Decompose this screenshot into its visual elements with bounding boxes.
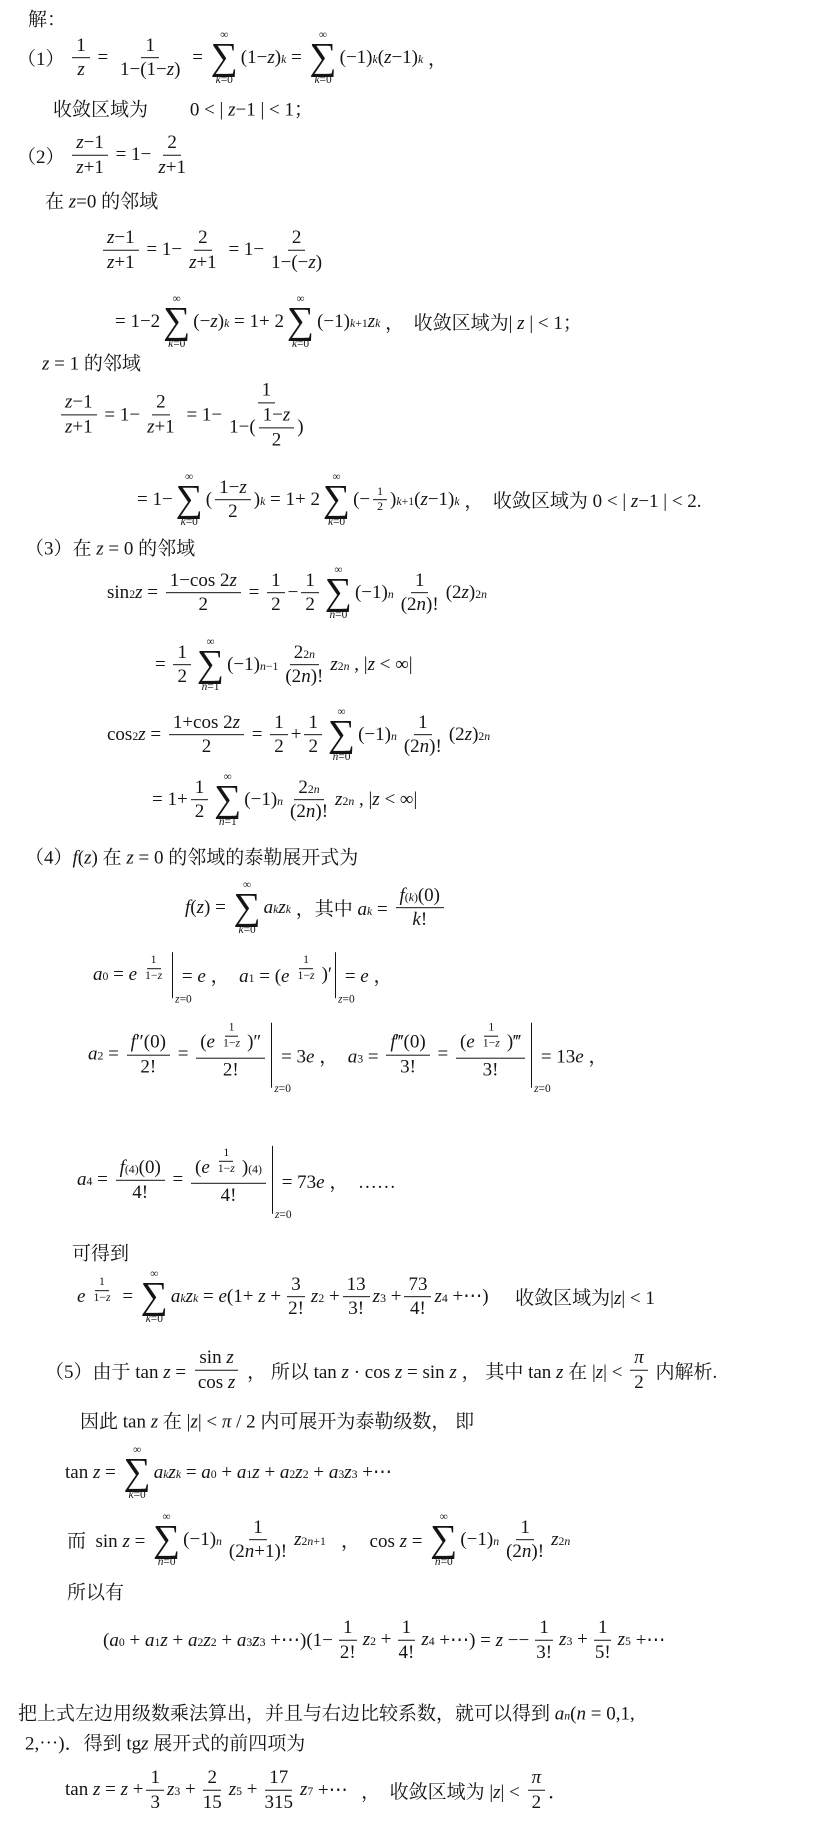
part2-z0-series: = 1−2∞∑k=0(−z)k = 1+ 2∞∑k=0(−1)k+1zk ， 收… xyxy=(115,292,582,352)
math-text: 1−(1−z) xyxy=(120,59,181,83)
math-text: 因此 tan z 在 |z| < π / 2 内可展开为泰勒级数， 即 xyxy=(80,1407,474,1434)
fraction: 1+cos 2z2 xyxy=(169,711,244,760)
math-text: = xyxy=(155,654,170,676)
math-text: 1 xyxy=(418,711,428,735)
math-text: +⋯ xyxy=(313,1779,347,1802)
superscript-exponent: 11−z xyxy=(211,1146,242,1176)
fraction: 2z+1 xyxy=(185,226,221,275)
math-text: 2 xyxy=(634,1371,644,1395)
math-text: tan z = xyxy=(65,1462,121,1484)
math-text: 4! xyxy=(398,1641,414,1665)
math-text: 2 xyxy=(177,666,187,690)
fraction: 12 xyxy=(304,711,322,760)
math-text: f″(0) xyxy=(131,1031,166,1055)
math-text: (−1)k(z−1)k xyxy=(340,47,424,69)
math-text: sin z xyxy=(199,1346,233,1370)
summation-sigma: ∞∑k=0 xyxy=(211,28,238,88)
part3-cos2-step1: cos2 z = 1+cos 2z2 = 12+12∞∑n=0(−1)n1(2n… xyxy=(107,705,490,765)
math-text: z+1 xyxy=(189,251,217,275)
math-text: = 1− xyxy=(100,404,140,426)
part5-therefore-label: 所以有 xyxy=(67,1578,124,1605)
math-text: 3! xyxy=(348,1298,364,1322)
math-text: 1 xyxy=(520,1516,530,1540)
math-text: (e xyxy=(200,1031,215,1055)
math-text: 1 xyxy=(195,776,205,800)
math-text: 2! xyxy=(140,1056,156,1080)
math-text: + xyxy=(291,724,302,746)
math-text: z3 xyxy=(167,1779,180,1801)
math-text: (a0 + a1z + a2z2 + a3z3 +⋯)(1− xyxy=(103,1629,333,1652)
math-text: (e xyxy=(195,1156,210,1180)
math-text: 2 xyxy=(207,1766,217,1790)
math-text: tan z = z + xyxy=(65,1779,143,1801)
math-text: 1−(−z) xyxy=(271,251,322,275)
math-text: (2n)! xyxy=(506,1541,544,1565)
math-text: = 1+ 2 xyxy=(229,311,284,333)
math-text: + xyxy=(242,1779,257,1801)
math-text: +⋯) xyxy=(448,1286,489,1309)
math-text: 1−z xyxy=(93,1291,110,1306)
part2-z0-step: z−1z+1 = 1−2z+1 = 1−21−(−z) xyxy=(100,226,329,275)
math-text: = xyxy=(173,1044,193,1066)
math-text: 所以有 xyxy=(67,1578,124,1605)
fraction: (e11−z)″2! xyxy=(196,1027,265,1082)
math-text: z7 xyxy=(300,1779,313,1801)
math-text: 1 xyxy=(223,1146,229,1161)
math-text: (z−1)k xyxy=(414,489,460,511)
math-text: z2n xyxy=(335,789,354,811)
math-text: ( xyxy=(206,489,212,511)
fraction: 11−z xyxy=(293,953,318,983)
fraction: 11−z xyxy=(89,1275,114,1305)
part2-neighborhood-z0: 在 z=0 的邻域 xyxy=(45,187,158,214)
math-text: cos2 z = xyxy=(107,724,166,746)
math-text: akzk xyxy=(264,897,291,919)
math-text: = xyxy=(244,582,264,604)
math-text: 2 xyxy=(228,501,238,525)
math-text: 2 xyxy=(195,801,205,825)
math-text: akzk xyxy=(154,1462,181,1484)
evaluation-bar: z=0 xyxy=(531,1023,532,1088)
summation-sigma: ∞∑k=0 xyxy=(310,28,337,88)
fraction: 11−z xyxy=(219,1021,244,1051)
math-text: z−1 xyxy=(107,226,135,250)
fraction: 11−z xyxy=(479,1021,504,1051)
fraction: 12 xyxy=(301,569,319,618)
part1-expansion: （1） 1z = 11−(1−z) = ∞∑k=0(1−z)k = ∞∑k=0(… xyxy=(17,28,447,88)
fraction: 215 xyxy=(199,1766,226,1815)
part2-z1-series: = 1−∞∑k=0(1−z2)k = 1+ 2∞∑k=0(−12)k+1(z−1… xyxy=(137,470,702,530)
part5-explanation-line1: 把上式左边用级数乘法算出，并且与右边比较系数，就可以得到 an(n = 0,1, xyxy=(18,1699,635,1726)
part3-sin2-step2: = 12∞∑n=1(−1)n−122n(2n)!z2n , |z < ∞| xyxy=(155,635,413,695)
part3-sin2-step1: sin2 z = 1−cos 2z2 = 12−12∞∑n=0(−1)n1(2n… xyxy=(107,563,487,623)
math-text: cos z xyxy=(198,1371,235,1395)
math-text: z2n+1 xyxy=(294,1529,326,1551)
math-text: 1−z xyxy=(223,1037,240,1052)
math-text: 2 xyxy=(274,736,284,760)
part4-series: e11−z = ∞∑k=0akzk = e(1+ z +32!z2 +133!z… xyxy=(77,1267,655,1327)
math-text: 1−cos 2z xyxy=(170,569,237,593)
math-text: 73 xyxy=(408,1273,427,1297)
math-text: 1 xyxy=(402,1616,412,1640)
summation-sigma: ∞∑k=0 xyxy=(287,292,314,352)
math-text: z3 xyxy=(559,1629,572,1651)
math-text: 1−z xyxy=(219,476,247,500)
evaluation-bar: z=0 xyxy=(172,952,173,998)
math-text: 1 xyxy=(150,1766,160,1790)
evaluation-point: z=0 xyxy=(534,1082,551,1094)
math-text: 5! xyxy=(595,1641,611,1665)
fraction: 15! xyxy=(591,1616,615,1665)
math-text: 3 xyxy=(291,1273,301,1297)
math-text: (−1)n xyxy=(460,1529,499,1551)
math-text: （1） xyxy=(17,45,69,72)
math-text: 2,⋯)．得到 tgz 展开式的前四项为 xyxy=(25,1729,305,1756)
math-text: f‴(0) xyxy=(390,1031,425,1055)
fraction: 17315 xyxy=(261,1766,298,1815)
math-text: (2n)! xyxy=(285,666,323,690)
math-text: 4! xyxy=(221,1184,237,1208)
fraction: 12 xyxy=(267,569,285,618)
math-text: = 1−2 xyxy=(115,311,160,333)
part3-heading: （3）在 z = 0 的邻域 xyxy=(25,534,195,561)
math-text: = xyxy=(168,1169,188,1191)
math-text: 1 xyxy=(377,485,383,500)
math-text: z−1 xyxy=(76,131,104,155)
fraction: 11−z xyxy=(214,1146,239,1176)
summation-sigma: ∞∑n=1 xyxy=(197,635,224,695)
evaluation-point: z=0 xyxy=(338,993,355,1005)
math-text: (− xyxy=(353,489,370,511)
fraction: 12 xyxy=(270,711,288,760)
math-text: , |z < ∞| xyxy=(350,654,413,676)
math-text: (2z)2n xyxy=(446,582,487,604)
math-text: = 1+ 2 xyxy=(265,489,320,511)
math-text: 1 xyxy=(488,1021,494,1036)
math-text: 1 xyxy=(305,569,315,593)
math-text: 0 < | z−1 | < 1； xyxy=(190,95,313,122)
math-text: z2 xyxy=(311,1286,324,1308)
math-text: = 1+ xyxy=(152,789,188,811)
math-text: a2 = xyxy=(88,1044,124,1066)
math-text: ， xyxy=(423,45,447,72)
math-text: 1 xyxy=(415,569,425,593)
part5-setup: （5）由于 tan z = sin zcos z ， 所以 tan z · co… xyxy=(45,1346,717,1395)
math-text: 22n xyxy=(298,776,319,800)
math-text: = xyxy=(286,47,306,69)
math-text: 1 xyxy=(229,1021,235,1036)
evaluation-point: z=0 xyxy=(175,993,192,1005)
math-text: 22n xyxy=(294,641,315,665)
fraction: 11−(1−z) xyxy=(116,34,185,83)
math-text: 1 xyxy=(308,711,318,735)
superscript-exponent: 11−z xyxy=(476,1021,507,1051)
summation-sigma: ∞∑n=0 xyxy=(153,1510,180,1570)
math-text: + xyxy=(376,1629,391,1651)
math-text: (2z)2n xyxy=(449,724,490,746)
evaluation-point: z=0 xyxy=(275,1209,292,1221)
summation-sigma: ∞∑n=0 xyxy=(325,563,352,623)
math-text: akzk xyxy=(171,1286,198,1308)
math-text: = 1− xyxy=(137,489,173,511)
fraction: 22n(2n)! xyxy=(286,776,332,825)
math-text: z+1 xyxy=(65,416,93,440)
fraction: 2z+1 xyxy=(154,131,190,180)
math-text: 1 xyxy=(262,378,272,402)
superscript-exponent: 11−z xyxy=(216,1021,247,1051)
part4-conclusion-label: 可得到 xyxy=(72,1239,129,1266)
fraction: z−1z+1 xyxy=(61,391,97,440)
math-text: (−z)k xyxy=(193,311,229,333)
math-text: 2 xyxy=(377,501,383,516)
part2-neighborhood-z1: z = 1 的邻域 xyxy=(42,349,141,376)
math-text: ， 所以 tan z · cos z = sin z ， 其中 tan z 在 … xyxy=(242,1357,627,1384)
math-text: 收敛区域为 xyxy=(53,95,148,122)
math-text: 2 xyxy=(202,736,212,760)
fraction: π2 xyxy=(528,1766,546,1815)
part4-a4: a4 = f(4)(0)4! = (e11−z)(4)4!z=0 = 73e ，… xyxy=(77,1146,396,1214)
part1-convergence: 收敛区域为0 < | z−1 | < 1； xyxy=(53,95,313,122)
math-text: 1 xyxy=(598,1616,608,1640)
math-text: 1 xyxy=(274,711,284,735)
math-text: (2n)! xyxy=(401,594,439,618)
math-text: （4）f(z) 在 z = 0 的邻域的泰勒展开式为 xyxy=(25,843,358,870)
math-text: = e ， a1 = (e xyxy=(177,962,289,989)
math-text: (2n)! xyxy=(404,736,442,760)
math-text: + xyxy=(386,1286,401,1308)
math-text: 17 xyxy=(269,1766,288,1790)
math-text: )k xyxy=(254,489,266,511)
fraction: f‴(0)3! xyxy=(386,1031,429,1080)
summation-sigma: ∞∑k=0 xyxy=(141,1267,168,1327)
math-text: （3）在 z = 0 的邻域 xyxy=(25,534,195,561)
math-text: = e ， xyxy=(340,962,392,989)
math-text: (−1)n xyxy=(355,582,394,604)
math-text: (−1)n xyxy=(244,789,283,811)
math-text: π xyxy=(634,1346,644,1370)
math-text: 1 xyxy=(145,34,155,58)
math-text: 1−z xyxy=(297,969,314,984)
part2-identity: （2） z−1z+1 = 1−2z+1 xyxy=(17,131,193,180)
fraction: z−1z+1 xyxy=(103,226,139,275)
math-text: e xyxy=(77,1286,85,1308)
math-text: ， 收敛区域为 |z| < xyxy=(361,1777,525,1804)
math-text: 1 xyxy=(343,1616,353,1640)
math-text: ，其中 ak = xyxy=(291,895,392,922)
math-text: z+1 xyxy=(76,156,104,180)
math-text: 1−z xyxy=(218,1162,235,1177)
fraction: 1−z2 xyxy=(259,403,295,452)
part5-tan-series: tan z = ∞∑k=0akzk = a0 + a1z + a2z2 + a3… xyxy=(65,1443,392,1503)
math-text: + xyxy=(180,1779,195,1801)
math-text: z4 xyxy=(421,1629,434,1651)
fraction: 1(2n)! xyxy=(502,1516,548,1565)
part4-heading: （4）f(z) 在 z = 0 的邻域的泰勒展开式为 xyxy=(25,843,358,870)
math-text: 2 xyxy=(167,131,177,155)
fraction: 22n(2n)! xyxy=(281,641,327,690)
math-text: z = 1 的邻域 xyxy=(42,349,141,376)
math-text: a4 = xyxy=(77,1169,113,1191)
math-text: z+1 xyxy=(107,251,135,275)
math-text: 3 xyxy=(150,1791,160,1815)
summation-sigma: ∞∑k=0 xyxy=(234,878,261,938)
part4-taylor-general: f(z) = ∞∑k=0akzk ，其中 ak = f(k)(0)k! xyxy=(185,878,447,938)
math-text: = xyxy=(247,724,267,746)
fraction: 1(2n+1)! xyxy=(225,1516,291,1565)
math-text: + xyxy=(324,1286,339,1308)
fraction: f(k)(0)k! xyxy=(396,884,445,933)
math-text: ． xyxy=(548,1777,567,1804)
math-text: (−1)k+1zk xyxy=(317,311,380,333)
math-text: 13 xyxy=(347,1273,366,1297)
evaluation-point: z=0 xyxy=(274,1082,291,1094)
math-text: 2 xyxy=(198,226,208,250)
fraction: 12 xyxy=(373,485,387,515)
evaluation-bar: z=0 xyxy=(335,952,336,998)
summation-sigma: ∞∑k=0 xyxy=(124,1443,151,1503)
part5-explanation-line2: 2,⋯)．得到 tgz 展开式的前四项为 xyxy=(25,1729,305,1756)
math-text: 2! xyxy=(340,1641,356,1665)
math-text: 3! xyxy=(400,1056,416,1080)
evaluation-bar: z=0 xyxy=(271,1023,272,1088)
fraction: 14! xyxy=(394,1616,418,1665)
math-text: sin2 z = xyxy=(107,582,163,604)
fraction: 1z xyxy=(72,34,90,83)
math-text: 2 xyxy=(271,594,281,618)
part5-product-equation: (a0 + a1z + a2z2 + a3z3 +⋯)(1−12!z2 +14!… xyxy=(103,1616,665,1665)
superscript-exponent: 11−z xyxy=(290,953,321,983)
math-text: 4! xyxy=(410,1298,426,1322)
math-text: = 13e ， xyxy=(536,1042,607,1069)
math-text: = 3e ， a3 = xyxy=(276,1042,383,1069)
math-text: (e xyxy=(460,1031,475,1055)
math-text: 1 xyxy=(303,953,309,968)
math-text: 3! xyxy=(536,1641,552,1665)
math-solution-document: 解：（1） 1z = 11−(1−z) = ∞∑k=0(1−z)k = ∞∑k=… xyxy=(0,0,840,1840)
math-text: z+1 xyxy=(158,156,186,180)
math-text: 1−z xyxy=(145,969,162,984)
math-text: z4 xyxy=(434,1286,447,1308)
math-text: − xyxy=(288,582,299,604)
part5-sin-cos: 而 sin z = ∞∑n=0(−1)n1(2n+1)!z2n+1， cos z… xyxy=(67,1510,570,1570)
fraction: sin zcos z xyxy=(194,1346,239,1395)
summation-sigma: ∞∑k=0 xyxy=(323,470,350,530)
math-text: z2n xyxy=(551,1529,570,1551)
math-text: (2n)! xyxy=(290,801,328,825)
math-text: = xyxy=(118,1286,138,1308)
math-text: ， 收敛区域为 0 < | z−1 | < 2. xyxy=(460,487,702,514)
part4-a2-a3: a2 = f″(0)2! = (e11−z)″2!z=0 = 3e ， a3 =… xyxy=(88,1023,608,1088)
superscript-exponent: 11−z xyxy=(138,953,169,983)
math-text: (−1)n xyxy=(183,1529,222,1551)
math-text: 可得到 xyxy=(72,1239,129,1266)
fraction: 11−(1−z2) xyxy=(225,378,308,451)
fraction: 1(2n)! xyxy=(397,569,443,618)
fraction: 2z+1 xyxy=(143,391,179,440)
math-text: z−1 xyxy=(65,391,93,415)
fraction: π2 xyxy=(630,1346,648,1395)
math-text: = 1− xyxy=(224,239,264,261)
math-text: k! xyxy=(412,909,427,933)
part3-cos2-step2: = 1+12∞∑n=1(−1)n22n(2n)!z2n , |z < ∞| xyxy=(152,770,417,830)
math-text: 1 xyxy=(177,641,187,665)
math-text: a0 = e xyxy=(93,964,137,986)
fraction: 13! xyxy=(532,1616,556,1665)
math-text: (−1)n−1 xyxy=(227,654,278,676)
evaluation-bar: z=0 xyxy=(272,1146,273,1214)
math-text: 1+cos 2z xyxy=(173,711,240,735)
math-text: 2 xyxy=(308,736,318,760)
fraction: 12! xyxy=(336,1616,360,1665)
math-text: (1−z)k xyxy=(241,47,287,69)
fraction: 32! xyxy=(284,1273,308,1322)
math-text: = xyxy=(433,1044,453,1066)
summation-sigma: ∞∑n=0 xyxy=(430,1510,457,1570)
math-text: , |z < ∞| xyxy=(354,789,417,811)
math-text: 4! xyxy=(132,1180,148,1204)
math-text: )″ xyxy=(247,1031,261,1055)
math-text: = 73e ， …… xyxy=(277,1166,396,1193)
math-text: 把上式左边用级数乘法算出，并且与右边比较系数，就可以得到 an(n = 0,1, xyxy=(18,1699,635,1726)
math-text: = a0 + a1z + a2z2 + a3z3 +⋯ xyxy=(181,1462,392,1485)
math-text: 315 xyxy=(265,1791,294,1815)
math-text: z5 xyxy=(229,1779,242,1801)
math-text: 而 sin z = xyxy=(67,1527,150,1554)
math-text: 2 xyxy=(199,594,209,618)
math-text: 1−( xyxy=(229,416,256,440)
math-text: )′ xyxy=(322,964,332,986)
math-text: z2 xyxy=(363,1629,376,1651)
summation-sigma: ∞∑k=0 xyxy=(163,292,190,352)
math-text: ， cos z = xyxy=(341,1527,427,1554)
math-text: 15 xyxy=(203,1791,222,1815)
math-text: 2! xyxy=(288,1298,304,1322)
fraction: 11−z xyxy=(141,953,166,983)
math-text: ， 收敛区域为| z | < 1； xyxy=(380,309,582,336)
math-text: z3 xyxy=(373,1286,386,1308)
math-text: + xyxy=(572,1629,587,1651)
summation-sigma: ∞∑n=1 xyxy=(214,770,241,830)
part2-z1-step: z−1z+1 = 1−2z+1 = 1−11−(1−z2) xyxy=(58,378,311,451)
math-text: )(4) xyxy=(242,1156,262,1180)
fraction: z−1z+1 xyxy=(72,131,108,180)
part4-a0-a1: a0 = e11−zz=0 = e ， a1 = (e11−z)′z=0 = e… xyxy=(93,952,393,998)
summation-sigma: ∞∑k=0 xyxy=(176,470,203,530)
math-text: f(4)(0) xyxy=(120,1156,161,1180)
math-text: z xyxy=(77,59,84,83)
math-text: 1−z xyxy=(263,403,291,427)
math-text: 内解析. xyxy=(651,1357,718,1384)
math-text: (−1)n xyxy=(358,724,397,746)
fraction: 21−(−z) xyxy=(267,226,326,275)
math-text: 1 xyxy=(271,569,281,593)
summation-sigma: ∞∑n=0 xyxy=(328,705,355,765)
math-text: 1−z xyxy=(483,1037,500,1052)
math-text: (2n+1)! xyxy=(229,1541,287,1565)
math-text: = 1− xyxy=(111,144,151,166)
fraction: 12 xyxy=(173,641,191,690)
math-text: π xyxy=(532,1766,542,1790)
fraction: 13 xyxy=(146,1766,164,1815)
math-text: 2 xyxy=(305,594,315,618)
math-text: 2 xyxy=(292,226,302,250)
fraction: f″(0)2! xyxy=(127,1031,170,1080)
math-text: （2） xyxy=(17,142,69,169)
math-text: = xyxy=(187,47,207,69)
math-text: 1 xyxy=(253,1516,263,1540)
math-text: z+1 xyxy=(147,416,175,440)
math-text: 在 z=0 的邻域 xyxy=(45,187,158,214)
